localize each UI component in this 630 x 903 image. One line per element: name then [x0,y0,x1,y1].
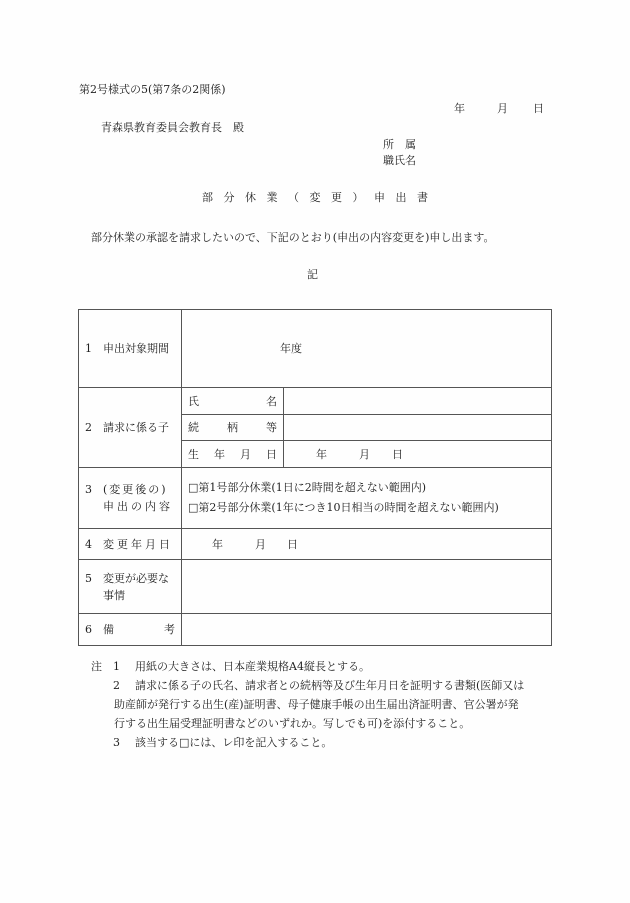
row-number: 1 [85,340,103,357]
note-item: 注 1 用紙の大きさは、日本産業規格A4縦長とする。 [91,657,524,676]
birthdate-field[interactable]: 年月日 [284,441,552,468]
sublabel-char: 等 [266,419,277,436]
intro-text: 部分休業の承認を請求したいので、下記のとおり(申出の内容変更を)申し出ます。 [91,229,494,245]
option-text: 第1号部分休業(1日に2時間を超えない範囲内) [198,481,426,494]
submission-date: 年月日 [454,100,544,116]
child-name-field[interactable] [284,388,552,415]
note-number: 1 [113,657,135,676]
option-type1[interactable]: □第1号部分休業(1日に2時間を超えない範囲内) [188,478,545,498]
row-label: 請求に係る子 [103,421,169,434]
notes-label: 注 [91,657,113,676]
row-label: 変更年月日 [103,538,173,551]
year-label: 年 [212,536,255,553]
sublabel-birthdate: 生年月日 [182,441,284,468]
sublabel-char: 年 [214,446,225,463]
affiliation-label: 所 属 [383,136,416,152]
year-label: 年 [316,446,359,463]
month-label: 月 [359,446,392,463]
form-number: 第2号様式の5(第7条の2関係) [79,81,226,97]
remarks-field[interactable] [182,614,552,646]
date-day: 日 [533,100,544,116]
row-target-period: 1申出対象期間 年度 [79,310,552,388]
month-label: 月 [255,536,287,553]
note-text: 該当する□には、レ印を記入すること。 [135,733,332,752]
sublabel-name: 氏名 [182,388,284,415]
sublabel-char: 月 [240,446,251,463]
row-child-name: 2請求に係る子 氏名 [79,388,552,415]
fiscal-year-suffix: 年度 [188,342,302,355]
label-cell: 4変更年月日 [79,529,182,560]
sublabel-relationship: 続柄等 [182,415,284,441]
row-number: 6 [85,621,103,638]
note-item: 3 該当する□には、レ印を記入すること。 [91,733,524,752]
day-label: 日 [287,536,298,553]
row-change-date: 4変更年月日 年月日 [79,529,552,560]
option-text: 第2号部分休業(1年につき10日相当の時間を超えない範囲内) [198,501,498,514]
row-change-reason: 5変更が必要な 事情 [79,560,552,614]
document-title: 部分休業（変更）申出書 [202,189,439,205]
note-continuation: 助産師が発行する出生(産)証明書、母子健康手帳の出生届出済証明書、官公署が発 [91,695,524,714]
sublabel-char: 続 [188,419,199,436]
sublabel-char: 生 [188,446,199,463]
row-label-line1: 変更が必要な [103,572,169,585]
option-type2[interactable]: □第2号部分休業(1年につき10日相当の時間を超えない範囲内) [188,498,545,518]
note-number: 3 [113,733,135,752]
row-number: 4 [85,536,103,553]
label-cell: 6備考 [79,614,182,646]
addressee: 青森県教育委員会教育長 殿 [101,119,244,135]
label-cell: 5変更が必要な 事情 [79,560,182,614]
row-label-line1: (変更後の) [103,483,168,496]
row-application-content: 3(変更後の) 申出の内容 □第1号部分休業(1日に2時間を超えない範囲内) □… [79,468,552,529]
application-form-table: 1申出対象期間 年度 2請求に係る子 氏名 続柄等 生年月日 年月日 3(変更後… [78,309,552,646]
name-title-label: 職氏名 [383,152,416,168]
row-number: 3 [85,481,103,498]
checkbox-icon[interactable]: □ [188,481,198,494]
row-label: 申出対象期間 [103,342,169,355]
target-period-field[interactable]: 年度 [182,310,552,388]
sublabel-char: 氏 [188,393,199,410]
note-text: 助産師が発行する出生(産)証明書、母子健康手帳の出生届出済証明書、官公署が発 [114,695,519,714]
row-number: 2 [85,419,103,436]
note-number: 2 [113,676,135,695]
note-text: 用紙の大きさは、日本産業規格A4縦長とする。 [135,657,370,676]
ki-heading: 記 [307,266,318,282]
label-char: 備 [103,621,114,638]
sublabel-char: 日 [266,446,277,463]
checkbox-icon[interactable]: □ [188,501,198,514]
date-month: 月 [497,100,533,116]
content-options: □第1号部分休業(1日に2時間を超えない範囲内) □第2号部分休業(1年につき1… [182,468,552,529]
note-continuation: 行する出生届受理証明書などのいずれか。写しでも可)を添付すること。 [91,714,524,733]
row-remarks: 6備考 [79,614,552,646]
label-cell: 3(変更後の) 申出の内容 [79,468,182,529]
note-item: 2 請求に係る子の氏名、請求者との続柄等及び生年月日を証明する書類(医師又は [91,676,524,695]
change-reason-field[interactable] [182,560,552,614]
row-label-line2: 申出の内容 [85,498,175,515]
label-cell: 1申出対象期間 [79,310,182,388]
day-label: 日 [392,446,403,463]
notes-section: 注 1 用紙の大きさは、日本産業規格A4縦長とする。 2 請求に係る子の氏名、請… [91,657,524,752]
row-number: 5 [85,570,103,587]
change-date-field[interactable]: 年月日 [182,529,552,560]
label-cell: 2請求に係る子 [79,388,182,468]
note-text: 請求に係る子の氏名、請求者との続柄等及び生年月日を証明する書類(医師又は [135,676,524,695]
label-char: 考 [164,621,175,638]
sublabel-char: 名 [266,393,277,410]
date-year: 年 [454,100,497,116]
note-text: 行する出生届受理証明書などのいずれか。写しでも可)を添付すること。 [114,714,470,733]
relationship-field[interactable] [284,415,552,441]
sublabel-char: 柄 [227,419,238,436]
row-label-line2: 事情 [85,587,175,604]
